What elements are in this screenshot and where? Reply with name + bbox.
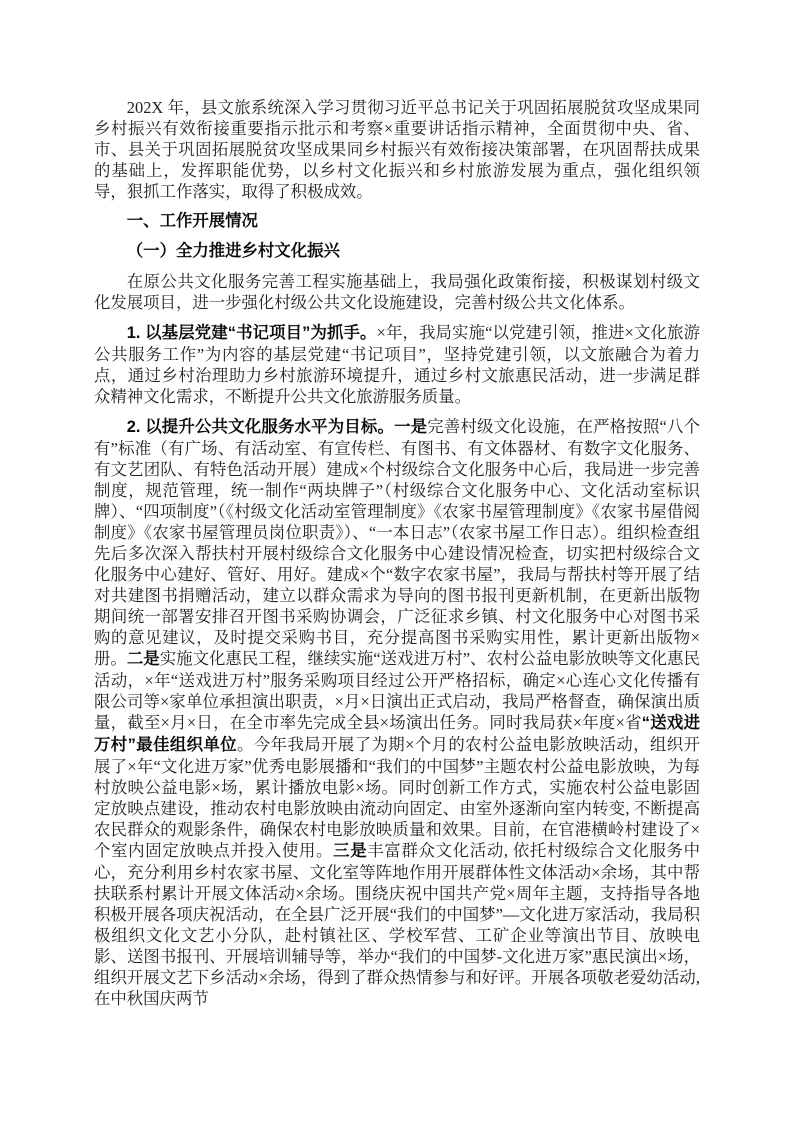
text-run: 202X 年，县文旅系统深入学习贯彻习近平总书记关于巩固拓展脱贫攻坚成果同乡村振… bbox=[94, 98, 700, 201]
bold-text-run: 二是 bbox=[127, 650, 160, 668]
document-page: 202X 年，县文旅系统深入学习贯彻习近平总书记关于巩固拓展脱贫攻坚成果同乡村振… bbox=[0, 0, 793, 1122]
bold-text-run: 一是 bbox=[394, 418, 427, 436]
bold-text-run: 2. 以提升公共文化服务水平为目标。 bbox=[127, 418, 394, 436]
section-heading: 一、工作开展情况 bbox=[94, 211, 700, 232]
document-body: 202X 年，县文旅系统深入学习贯彻习近平总书记关于巩固拓展脱贫攻坚成果同乡村振… bbox=[94, 97, 700, 1009]
paragraph: 202X 年，县文旅系统深入学习贯彻习近平总书记关于巩固拓展脱贫攻坚成果同乡村振… bbox=[94, 97, 700, 202]
section-heading: （一）全力推进乡村文化振兴 bbox=[94, 241, 700, 262]
bold-text-run: 1. 以基层党建“书记项目”为抓手。 bbox=[127, 324, 377, 342]
paragraph: 1. 以基层党建“书记项目”为抓手。×年，我局实施“以党建引领，推进×文化旅游公… bbox=[94, 322, 700, 407]
bold-text-run: 三是 bbox=[333, 842, 367, 860]
bold-text-run: （一）全力推进乡村文化振兴 bbox=[127, 242, 340, 260]
text-run: 在原公共文化服务完善工程实施基础上，我局强化政策衔接，积极谋划村级文化发展项目，… bbox=[94, 272, 700, 312]
paragraph: 2. 以提升公共文化服务水平为目标。一是完善村级文化设施，在严格按照“八个有”标… bbox=[94, 416, 700, 1009]
text-run: 完善村级文化设施，在严格按照“八个有”标准（有广场、有活动室、有宣传栏、有图书、… bbox=[94, 417, 700, 668]
bold-text-run: 一、工作开展情况 bbox=[127, 212, 258, 230]
text-run: 实施文化惠民工程，继续实施“送戏进万村”、农村公益电影放映等文化惠民活动，×年“… bbox=[94, 649, 700, 732]
paragraph: 在原公共文化服务完善工程实施基础上，我局强化政策衔接，积极谋划村级文化发展项目，… bbox=[94, 271, 700, 313]
text-run: 丰富群众文化活动, 依托村级综合文化服务中心，充分利用乡村农家书屋、文化室等阵地… bbox=[94, 841, 700, 1008]
